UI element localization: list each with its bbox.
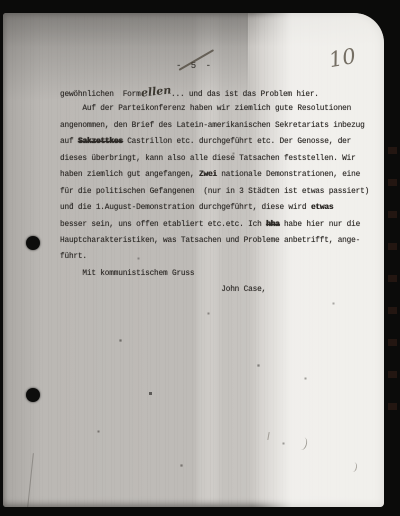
text-segment: nationale Demonstrationen, eine — [217, 171, 360, 179]
text-segment: auf — [60, 138, 78, 146]
pencil-mark — [349, 461, 358, 472]
text-segment: gewöhnlichen Form — [60, 91, 141, 99]
struck-out-text-segment: Sakzettkes — [78, 138, 123, 146]
letter-body: gewöhnlichen Formellen... und das ist da… — [60, 85, 384, 299]
struck-out-text-segment: hha — [266, 221, 279, 229]
punch-hole — [26, 388, 40, 402]
text-segment: etwas — [311, 204, 333, 212]
letter-line: Mit kommunistischem Gruss — [60, 266, 384, 282]
letter-line: besser sein, uns offen etabliert etc.etc… — [60, 217, 384, 233]
letter-line: und die 1.August-Demonstration durchgefü… — [60, 200, 384, 216]
scan-edge-artifact — [388, 130, 397, 410]
letter-line: führt. — [60, 249, 384, 265]
text-segment: dieses überbringt, kann also alle diese … — [60, 155, 356, 163]
letter-line: Hauptcharakteristiken, was Tatsachen und… — [60, 233, 384, 249]
pencil-mark — [267, 432, 269, 440]
text-segment: Zwei — [199, 171, 217, 179]
letter-line: John Case, — [60, 282, 384, 298]
text-segment: Auf der Parteikonferenz haben wir ziemli… — [60, 105, 351, 113]
letter-line: haben ziemlich gut angefangen, Zwei nati… — [60, 167, 384, 183]
text-segment: habe hier nur die — [279, 221, 360, 229]
letter-line: für die politischen Gefangenen (nur in 3… — [60, 184, 384, 200]
scan-shading-top — [3, 13, 384, 47]
letter-line: dieses überbringt, kann also alle diese … — [60, 151, 384, 167]
paper-speckles — [3, 13, 4, 14]
scanned-document-view: { "document": { "kind": "scanned typewri… — [0, 0, 400, 516]
letter-line: angenommen, den Brief des Latein-amerika… — [60, 118, 384, 134]
text-segment: Mit kommunistischem Gruss — [60, 270, 194, 278]
text-segment: angenommen, den Brief des Latein-amerika… — [60, 122, 365, 130]
handwritten-folio-number: 10 — [327, 44, 357, 72]
text-segment: Castrillon etc. durchgeführt etc. Der Ge… — [123, 138, 351, 146]
page-number: - 5 - — [176, 61, 213, 71]
handwritten-text-segment: ellen — [140, 82, 172, 102]
punch-hole — [26, 236, 40, 250]
pencil-mark — [27, 453, 34, 507]
letter-line: auf Sakzettkes Castrillon etc. durchgefü… — [60, 134, 384, 150]
document-page: - 5 - 10 gewöhnlichen Formellen... und d… — [3, 13, 384, 507]
letter-line: Auf der Parteikonferenz haben wir ziemli… — [60, 101, 384, 117]
text-segment: John Case, — [60, 286, 266, 294]
text-segment: besser sein, uns offen etabliert etc.etc… — [60, 221, 266, 229]
pencil-mark — [297, 436, 309, 451]
letter-line: gewöhnlichen Formellen... und das ist da… — [60, 85, 384, 101]
text-segment: führt. — [60, 253, 87, 261]
text-segment: ... und das ist das Problem hier. — [171, 91, 319, 99]
text-segment: Hauptcharakteristiken, was Tatsachen und… — [60, 237, 360, 245]
text-segment: und die 1.August-Demonstration durchgefü… — [60, 204, 311, 212]
text-segment: haben ziemlich gut angefangen, — [60, 171, 199, 179]
text-segment: für die politischen Gefangenen (nur in 3… — [60, 188, 369, 196]
